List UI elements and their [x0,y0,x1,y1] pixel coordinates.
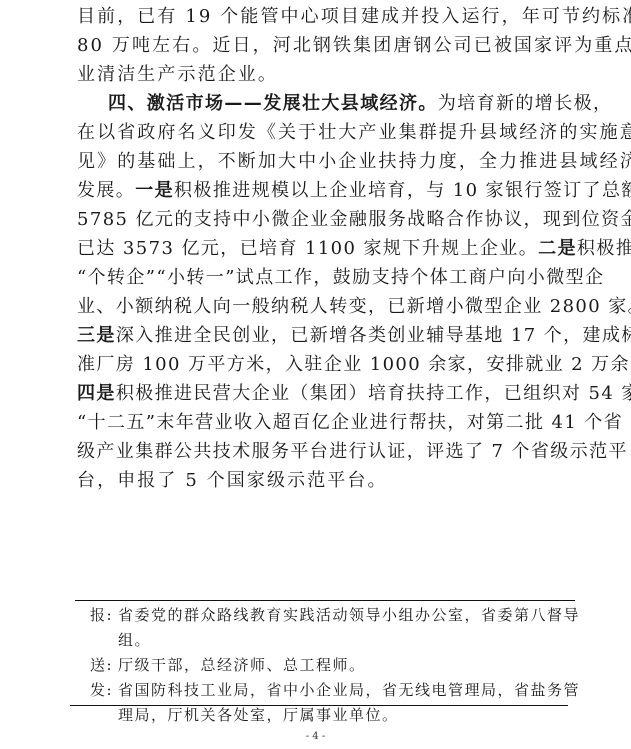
distribution-recipients: 省国防科技工业局，省中小企业局，省无线电管理局，省盐务管理局，厅机关各处室，厅属… [118,678,580,728]
line-text: 深入推进全民创业，已新增各类创业辅导基地 17 个，建成标 [116,325,631,346]
text-line: “十二五”末年营业收入超百亿企业进行帮扶，对第二批 41 个省 [77,408,561,437]
distribution-recipients: 厅级干部，总经济师、总工程师。 [118,653,580,678]
line-text: 积极推进规模以上企业培育，与 10 家银行签订了总额 [174,180,631,201]
text-line: “个转企”“小转一”试点工作，鼓励支持个体工商户向小微型企 [77,263,561,292]
distribution-label: 报: [90,603,118,653]
text-line: 四是积极推进民营大企业（集团）培育扶持工作，已组织对 54 家 [77,379,561,408]
distribution-report-to: 报: 省委党的群众路线教育实践活动领导小组办公室，省委第八督导组。 [90,603,580,653]
section-heading: 四、激活市场——发展壮大县域经济。 [108,93,438,114]
emphasis-second: 二是 [538,238,577,259]
text-line: 在以省政府名义印发《关于壮大产业集群提升县域经济的实施意 [77,118,561,147]
emphasis-fourth: 四是 [77,383,116,404]
line-text: 为培育新的增长极， [438,93,613,114]
text-line: 业清洁生产示范企业。 [77,60,561,89]
distribution-issue-to: 发: 省国防科技工业局，省中小企业局，省无线电管理局，省盐务管理局，厅机关各处室… [90,678,580,728]
text-line: 准厂房 100 万平方米，入驻企业 1000 余家，安排就业 2 万余人。 [77,350,561,379]
text-line: 目前，已有 19 个能管中心项目建成并投入运行，年可节约标准煤 [77,2,561,31]
line-text: 业清洁生产示范企业。 [77,64,278,85]
emphasis-third: 三是 [77,325,116,346]
text-line: 级产业集群公共技术服务平台进行认证，评选了 7 个省级示范平 [77,437,561,466]
distribution-send-to: 送: 厅级干部，总经济师、总工程师。 [90,653,580,678]
emphasis-first: 一是 [135,180,174,201]
line-text: 发展。 [77,180,135,201]
line-text: 积极推进民营大企业（集团）培育扶持工作，已组织对 54 家 [116,383,631,404]
line-text: 级产业集群公共技术服务平台进行认证，评选了 7 个省级示范平 [77,441,628,462]
distribution-list: 报: 省委党的群众路线教育实践活动领导小组办公室，省委第八督导组。 送: 厅级干… [90,603,580,728]
line-text: 台，申报了 5 个国家级示范平台。 [77,470,388,491]
document-page: 目前，已有 19 个能管中心项目建成并投入运行，年可节约标准煤 80 万吨左右。… [0,0,631,749]
text-line: 三是深入推进全民创业，已新增各类创业辅导基地 17 个，建成标 [77,321,561,350]
distribution-top-rule [75,600,575,601]
distribution-label: 发: [90,678,118,728]
line-text: 5785 亿元的支持中小微企业金融服务战略合作协议，现到位资金 [77,209,631,230]
text-line: 5785 亿元的支持中小微企业金融服务战略合作协议，现到位资金 [77,205,561,234]
line-text: 已达 3573 亿元，已培育 1100 家规下升规上企业。 [77,238,538,259]
text-line: 业、小额纳税人向一般纳税人转变，已新增小微型企业 2800 家。 [77,292,561,321]
text-line: 80 万吨左右。近日，河北钢铁集团唐钢公司已被国家评为重点行 [77,31,561,60]
line-text: 目前，已有 19 个能管中心项目建成并投入运行，年可节约标准煤 [77,6,631,27]
text-line: 见》的基础上，不断加大中小企业扶持力度，全力推进县域经济 [77,147,561,176]
distribution-bottom-rule [70,705,568,706]
line-text: “个转企”“小转一”试点工作，鼓励支持个体工商户向小微型企 [77,267,604,288]
distribution-recipients: 省委党的群众路线教育实践活动领导小组办公室，省委第八督导组。 [118,603,580,653]
body-text: 目前，已有 19 个能管中心项目建成并投入运行，年可节约标准煤 80 万吨左右。… [77,0,561,495]
line-text: 在以省政府名义印发《关于壮大产业集群提升县域经济的实施意 [77,122,631,143]
line-text: “十二五”末年营业收入超百亿企业进行帮扶，对第二批 41 个省 [77,412,623,433]
line-text: 积极推进 [577,238,631,259]
distribution-label: 送: [90,653,118,678]
section-heading-line: 四、激活市场——发展壮大县域经济。为培育新的增长极， [77,89,561,118]
line-text: 业、小额纳税人向一般纳税人转变，已新增小微型企业 2800 家。 [77,296,631,317]
page-number: - 4 - [0,731,631,742]
text-line: 发展。一是积极推进规模以上企业培育，与 10 家银行签订了总额 [77,176,561,205]
line-text: 80 万吨左右。近日，河北钢铁集团唐钢公司已被国家评为重点行 [77,35,631,56]
line-text: 准厂房 100 万平方米，入驻企业 1000 余家，安排就业 2 万余人。 [77,354,631,375]
text-line: 台，申报了 5 个国家级示范平台。 [77,466,561,495]
text-line: 已达 3573 亿元，已培育 1100 家规下升规上企业。二是积极推进 [77,234,561,263]
line-text: 见》的基础上，不断加大中小企业扶持力度，全力推进县域经济 [77,151,631,172]
